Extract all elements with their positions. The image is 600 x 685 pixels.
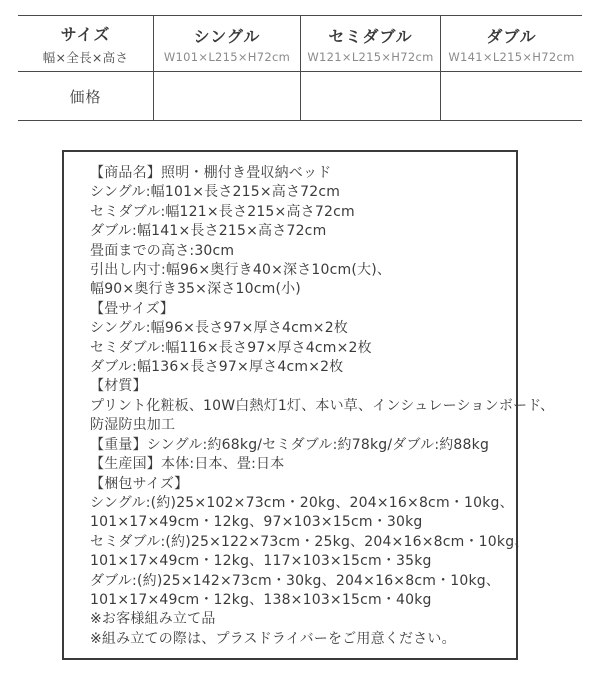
detail-line: 101×17×49cm・12kg、97×103×15cm・30kg (90, 513, 502, 532)
size-spec-table: サイズ 幅×全長×高さ シングル W101×L215×H72cm セミダブル W… (18, 15, 582, 121)
double-column-label: ダブル (486, 24, 536, 47)
single-column-dimensions: W101×L215×H72cm (164, 50, 290, 64)
detail-line: シングル:幅96×長さ97×厚さ4cm×2枚 (90, 319, 502, 338)
price-cell-double (440, 72, 582, 120)
detail-line: 引出し内寸:幅96×奥行き40×深さ10cm(大)、 (90, 261, 502, 280)
detail-line: シングル:(約)25×102×73cm・20kg、204×16×8cm・10kg… (90, 494, 502, 513)
size-column-sub: 幅×全長×高さ (43, 48, 129, 66)
price-row: 価格 (18, 72, 582, 120)
detail-line: セミダブル:(約)25×122×73cm・25kg、204×16×8cm・10k… (90, 533, 502, 552)
price-row-label-cell: 価格 (18, 72, 153, 120)
price-label: 価格 (69, 86, 101, 107)
detail-line-note-assembly: ※お客様組み立て品 (90, 610, 502, 629)
detail-line: ダブル:幅136×長さ97×厚さ4cm×2枚 (90, 358, 502, 377)
detail-line: プリント化粧板、10W白熱灯1灯、本い草、インシュレーションボード、 (90, 397, 502, 416)
detail-line-tatami-size-heading: 【畳サイズ】 (90, 300, 502, 319)
detail-line: 101×17×49cm・12kg、138×103×15cm・40kg (90, 591, 502, 610)
price-cell-semidouble (300, 72, 440, 120)
detail-line: セミダブル:幅121×長さ215×高さ72cm (90, 203, 502, 222)
detail-line-package-heading: 【梱包サイズ】 (90, 475, 502, 494)
detail-line-material-heading: 【材質】 (90, 377, 502, 396)
detail-line: シングル:幅101×長さ215×高さ72cm (90, 183, 502, 202)
detail-line: ダブル:(約)25×142×73cm・30kg、204×16×8cm・10kg、 (90, 572, 502, 591)
detail-line-country: 【生産国】本体:日本、畳:日本 (90, 455, 502, 474)
spec-header-single: シングル W101×L215×H72cm (153, 16, 300, 71)
detail-line-product-name: 【商品名】照明・棚付き畳収納ベッド (90, 164, 502, 183)
price-cell-single (153, 72, 300, 120)
product-details-box: 【商品名】照明・棚付き畳収納ベッド シングル:幅101×長さ215×高さ72cm… (62, 150, 518, 660)
detail-line: 防湿防虫加工 (90, 416, 502, 435)
detail-line: 101×17×49cm・12kg、117×103×15cm・35kg (90, 552, 502, 571)
single-column-label: シングル (194, 24, 261, 47)
detail-line-weight: 【重量】シングル:約68kg/セミダブル:約78kg/ダブル:約88kg (90, 436, 502, 455)
detail-line: ダブル:幅141×長さ215×高さ72cm (90, 222, 502, 241)
spec-header-semidouble: セミダブル W121×L215×H72cm (300, 16, 440, 71)
detail-line: 幅90×奥行き35×深さ10cm(小) (90, 280, 502, 299)
double-column-dimensions: W141×L215×H72cm (448, 50, 574, 64)
spec-header-row: サイズ 幅×全長×高さ シングル W101×L215×H72cm セミダブル W… (18, 16, 582, 72)
size-column-label: サイズ (61, 22, 111, 45)
detail-line: 畳面までの高さ:30cm (90, 242, 502, 261)
detail-line-note-screwdriver: ※組み立ての際は、プラスドライバーをご用意ください。 (90, 630, 502, 649)
spec-header-size: サイズ 幅×全長×高さ (18, 16, 153, 71)
semidouble-column-label: セミダブル (328, 24, 412, 47)
semidouble-column-dimensions: W121×L215×H72cm (307, 50, 433, 64)
detail-line: セミダブル:幅116×長さ97×厚さ4cm×2枚 (90, 339, 502, 358)
spec-header-double: ダブル W141×L215×H72cm (440, 16, 582, 71)
